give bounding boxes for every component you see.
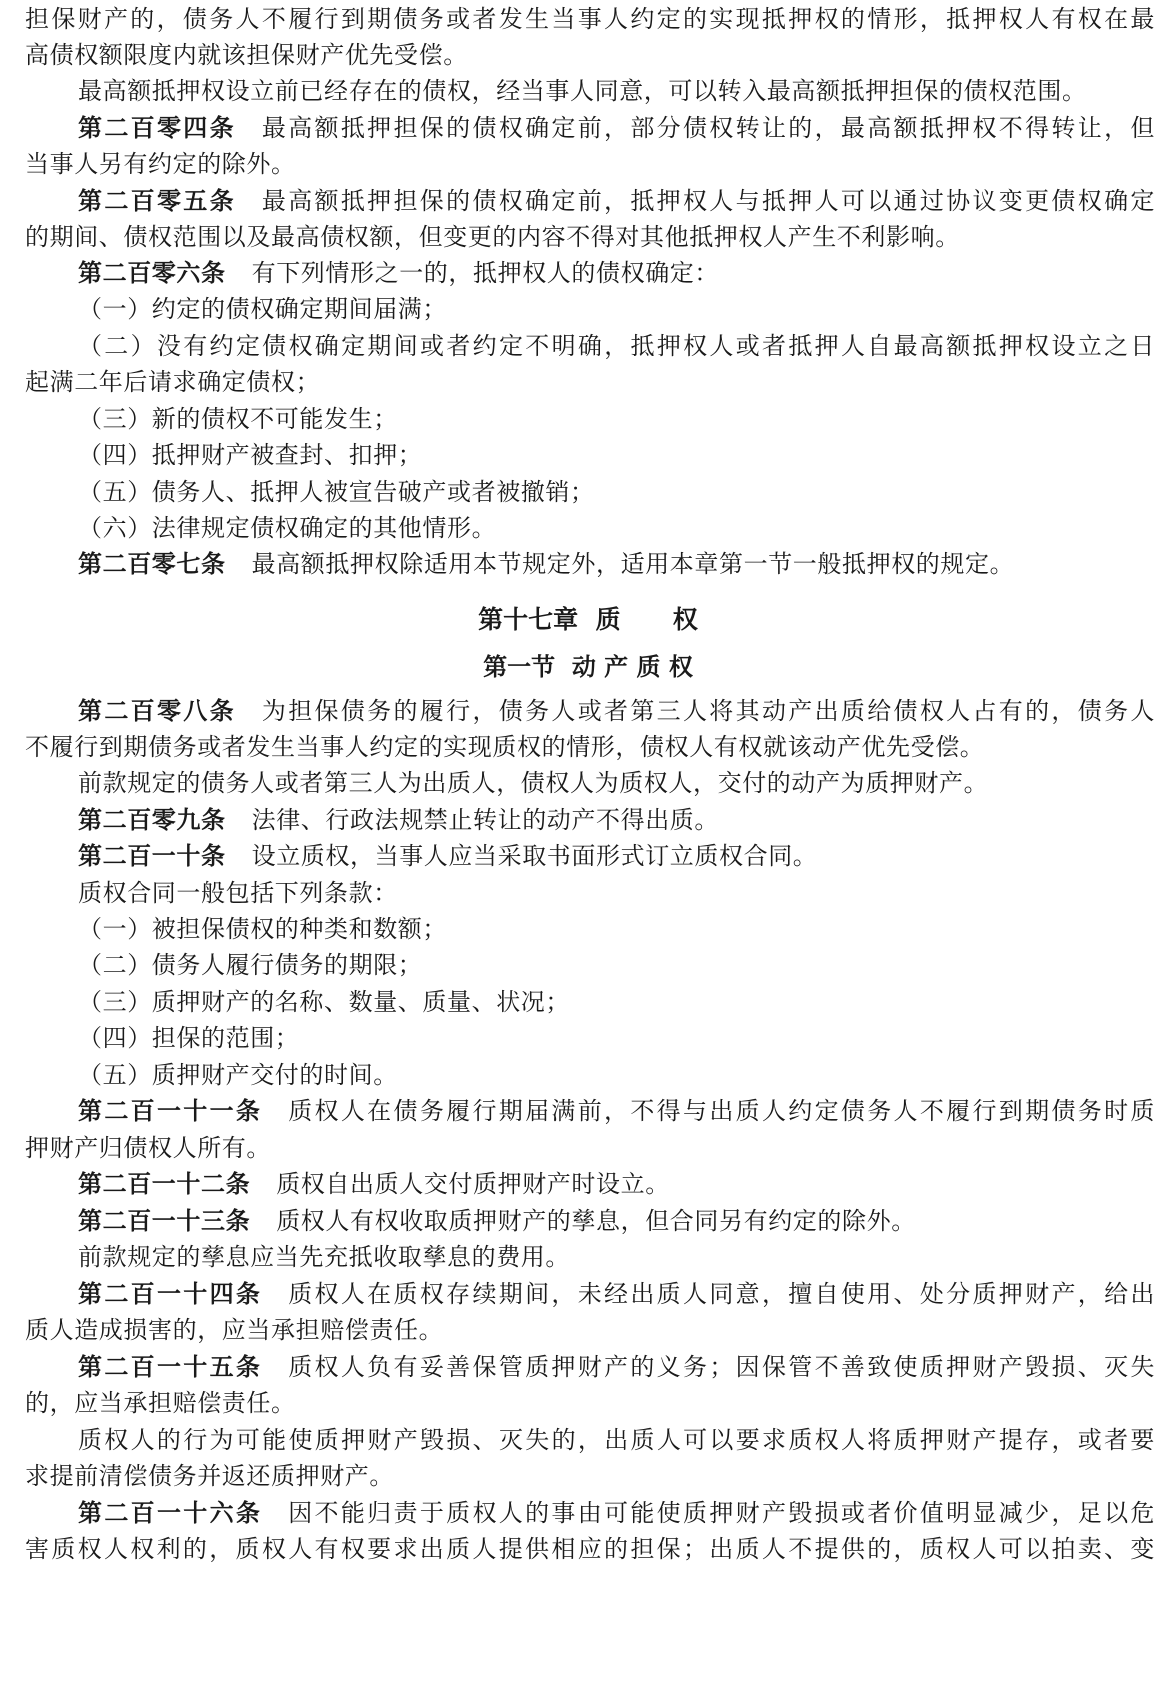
- line-text: 的期间、债权范围以及最高债权额，但变更的内容不得对其他抵押权人产生不利影响。: [25, 223, 960, 251]
- article-210: 第二百一十条设立质权，当事人应当采取书面形式订立质权合同。: [78, 841, 1155, 871]
- article-209: 第二百零九条法律、行政法规禁止转让的动产不得出质。: [78, 805, 1155, 835]
- article-text: 设立质权，当事人应当采取书面形式订立质权合同。: [252, 842, 818, 870]
- article-text: 最高额抵押担保的债权确定前，抵押权人与抵押人可以通过协议变更债权确定: [262, 187, 1155, 215]
- article-text: 质权人负有妥善保管质押财产的义务；因保管不善致使质押财产毁损、灭失: [288, 1353, 1155, 1381]
- article-text: 质权人在债务履行期届满前，不得与出质人约定债务人不履行到期债务时质: [288, 1097, 1155, 1125]
- line-text: 害质权人权利的，质权人有权要求出质人提供相应的担保；出质人不提供的，质权人可以拍…: [25, 1535, 1155, 1563]
- line-text: 不履行到期债务或者发生当事人约定的实现质权的情形，债权人有权就该动产优先受偿。: [25, 733, 984, 761]
- article-text: 最高额抵押权除适用本节规定外，适用本章第一节一般抵押权的规定。: [252, 550, 1015, 578]
- list-item: （四）抵押财产被查封、扣押；: [78, 440, 1155, 470]
- paragraph-line: 最高额抵押权设立前已经存在的债权，经当事人同意，可以转入最高额抵押担保的债权范围…: [78, 76, 1155, 106]
- line-text: （三）新的债权不可能发生；: [78, 405, 398, 433]
- line-text: 起满二年后请求确定债权；: [25, 368, 320, 396]
- list-item: （四）担保的范围；: [78, 1023, 1155, 1053]
- article-number: 第二百一十六条: [78, 1499, 262, 1527]
- list-item: （五）债务人、抵押人被宣告破产或者被撤销；: [78, 477, 1155, 507]
- line-text: （五）质押财产交付的时间。: [78, 1061, 398, 1089]
- article-216: 第二百一十六条因不能归责于质权人的事由可能使质押财产毁损或者价值明显减少，足以危: [78, 1498, 1155, 1528]
- article-text: 质权人有权收取质押财产的孳息，但合同另有约定的除外。: [276, 1207, 916, 1235]
- line-text: 担保财产的，债务人不履行到期债务或者发生当事人约定的实现抵押权的情形，抵押权人有…: [25, 5, 1155, 33]
- line-text: （二）债务人履行债务的期限；: [78, 951, 422, 979]
- list-item: （三）质押财产的名称、数量、质量、状况；: [78, 987, 1155, 1017]
- article-number: 第二百一十一条: [78, 1097, 262, 1125]
- article-211: 第二百一十一条质权人在债务履行期届满前，不得与出质人约定债务人不履行到期债务时质: [78, 1096, 1155, 1126]
- list-item: （二）没有约定债权确定期间或者约定不明确，抵押权人或者抵押人自最高额抵押权设立之…: [78, 331, 1155, 361]
- article-number: 第二百一十三条: [78, 1207, 250, 1235]
- article-text: 有下列情形之一的，抵押权人的债权确定：: [252, 259, 719, 287]
- paragraph-line: 前款规定的债务人或者第三人为出质人，债权人为质权人，交付的动产为质押财产。: [78, 768, 1155, 798]
- line-text: 前款规定的债务人或者第三人为出质人，债权人为质权人，交付的动产为质押财产。: [78, 769, 988, 797]
- line-text: （三）质押财产的名称、数量、质量、状况；: [78, 988, 570, 1016]
- article-214: 第二百一十四条质权人在质权存续期间，未经出质人同意，擅自使用、处分质押财产，给出: [78, 1279, 1155, 1309]
- line-text: 前款规定的孳息应当先充抵收取孳息的费用。: [78, 1243, 570, 1271]
- article-205: 第二百零五条最高额抵押担保的债权确定前，抵押权人与抵押人可以通过协议变更债权确定: [78, 186, 1155, 216]
- line-text: （四）抵押财产被查封、扣押；: [78, 441, 422, 469]
- article-text: 质权自出质人交付质押财产时设立。: [276, 1170, 670, 1198]
- article-number: 第二百零五条: [78, 187, 236, 215]
- article-number: 第二百一十二条: [78, 1170, 250, 1198]
- list-item: （二）债务人履行债务的期限；: [78, 950, 1155, 980]
- line-text: （一）被担保债权的种类和数额；: [78, 915, 447, 943]
- article-number: 第二百一十条: [78, 842, 226, 870]
- article-204: 第二百零四条最高额抵押担保的债权确定前，部分债权转让的，最高额抵押权不得转让，但: [78, 113, 1155, 143]
- article-207: 第二百零七条最高额抵押权除适用本节规定外，适用本章第一节一般抵押权的规定。: [78, 549, 1155, 579]
- list-item: （一）被担保债权的种类和数额；: [78, 914, 1155, 944]
- list-item: （五）质押财产交付的时间。: [78, 1060, 1155, 1090]
- article-number: 第二百零四条: [78, 114, 236, 142]
- article-number: 第二百零九条: [78, 806, 226, 834]
- line-text: （五）债务人、抵押人被宣告破产或者被撤销；: [78, 478, 595, 506]
- paragraph-line: 质人造成损害的，应当承担赔偿责任。: [25, 1315, 1155, 1345]
- paragraph-line: 质权人的行为可能使质押财产毁损、灭失的，出质人可以要求质权人将质押财产提存，或者…: [78, 1425, 1155, 1455]
- paragraph-line: 求提前清偿债务并返还质押财产。: [25, 1461, 1155, 1491]
- article-text: 因不能归责于质权人的事由可能使质押财产毁损或者价值明显减少，足以危: [288, 1499, 1155, 1527]
- line-text: 押财产归债权人所有。: [25, 1134, 271, 1162]
- list-item: （一）约定的债权确定期间届满；: [78, 294, 1155, 324]
- line-text: （四）担保的范围；: [78, 1024, 299, 1052]
- paragraph-line: 前款规定的孳息应当先充抵收取孳息的费用。: [78, 1242, 1155, 1272]
- line-text: 的，应当承担赔偿责任。: [25, 1389, 296, 1417]
- article-212: 第二百一十二条质权自出质人交付质押财产时设立。: [78, 1169, 1155, 1199]
- line-text: （二）没有约定债权确定期间或者约定不明确，抵押权人或者抵押人自最高额抵押权设立之…: [78, 332, 1155, 360]
- paragraph-line: 押财产归债权人所有。: [25, 1133, 1155, 1163]
- line-text: 质人造成损害的，应当承担赔偿责任。: [25, 1316, 443, 1344]
- article-text: 最高额抵押担保的债权确定前，部分债权转让的，最高额抵押权不得转让，但: [262, 114, 1155, 142]
- article-text: 为担保债务的履行，债务人或者第三人将其动产出质给债权人占有的，债务人: [262, 697, 1155, 725]
- paragraph-line: 的，应当承担赔偿责任。: [25, 1388, 1155, 1418]
- chapter-heading: 第十七章 质 权: [0, 605, 1176, 635]
- article-208: 第二百零八条为担保债务的履行，债务人或者第三人将其动产出质给债权人占有的，债务人: [78, 696, 1155, 726]
- paragraph-line: 当事人另有约定的除外。: [25, 149, 1155, 179]
- article-number: 第二百一十五条: [78, 1353, 262, 1381]
- paragraph-line: 起满二年后请求确定债权；: [25, 367, 1155, 397]
- article-number: 第二百零七条: [78, 550, 226, 578]
- article-215: 第二百一十五条质权人负有妥善保管质押财产的义务；因保管不善致使质押财产毁损、灭失: [78, 1352, 1155, 1382]
- paragraph-line: 的期间、债权范围以及最高债权额，但变更的内容不得对其他抵押权人产生不利影响。: [25, 222, 1155, 252]
- paragraph-line: 害质权人权利的，质权人有权要求出质人提供相应的担保；出质人不提供的，质权人可以拍…: [25, 1534, 1155, 1564]
- line-text: 求提前清偿债务并返还质押财产。: [25, 1462, 394, 1490]
- article-213: 第二百一十三条质权人有权收取质押财产的孳息，但合同另有约定的除外。: [78, 1206, 1155, 1236]
- paragraph-line: 不履行到期债务或者发生当事人约定的实现质权的情形，债权人有权就该动产优先受偿。: [25, 732, 1155, 762]
- article-number: 第二百一十四条: [78, 1280, 262, 1308]
- article-number: 第二百零六条: [78, 259, 226, 287]
- article-text: 质权人在质权存续期间，未经出质人同意，擅自使用、处分质押财产，给出: [288, 1280, 1155, 1308]
- article-206: 第二百零六条有下列情形之一的，抵押权人的债权确定：: [78, 258, 1155, 288]
- paragraph-line: 担保财产的，债务人不履行到期债务或者发生当事人约定的实现抵押权的情形，抵押权人有…: [25, 4, 1155, 34]
- document-page: 担保财产的，债务人不履行到期债务或者发生当事人约定的实现抵押权的情形，抵押权人有…: [0, 0, 1176, 1689]
- article-number: 第二百零八条: [78, 697, 236, 725]
- line-text: （一）约定的债权确定期间届满；: [78, 295, 447, 323]
- paragraph-line: 质权合同一般包括下列条款：: [78, 878, 1155, 908]
- line-text: （六）法律规定债权确定的其他情形。: [78, 514, 496, 542]
- line-text: 质权合同一般包括下列条款：: [78, 879, 398, 907]
- section-heading: 第一节 动 产 质 权: [0, 652, 1176, 682]
- list-item: （三）新的债权不可能发生；: [78, 404, 1155, 434]
- paragraph-line: 高债权额限度内就该担保财产优先受偿。: [25, 40, 1155, 70]
- article-text: 法律、行政法规禁止转让的动产不得出质。: [252, 806, 719, 834]
- line-text: 当事人另有约定的除外。: [25, 150, 296, 178]
- line-text: 高债权额限度内就该担保财产优先受偿。: [25, 41, 468, 69]
- line-text: 最高额抵押权设立前已经存在的债权，经当事人同意，可以转入最高额抵押担保的债权范围…: [78, 77, 1087, 105]
- line-text: 质权人的行为可能使质押财产毁损、灭失的，出质人可以要求质权人将质押财产提存，或者…: [78, 1426, 1155, 1454]
- list-item: （六）法律规定债权确定的其他情形。: [78, 513, 1155, 543]
